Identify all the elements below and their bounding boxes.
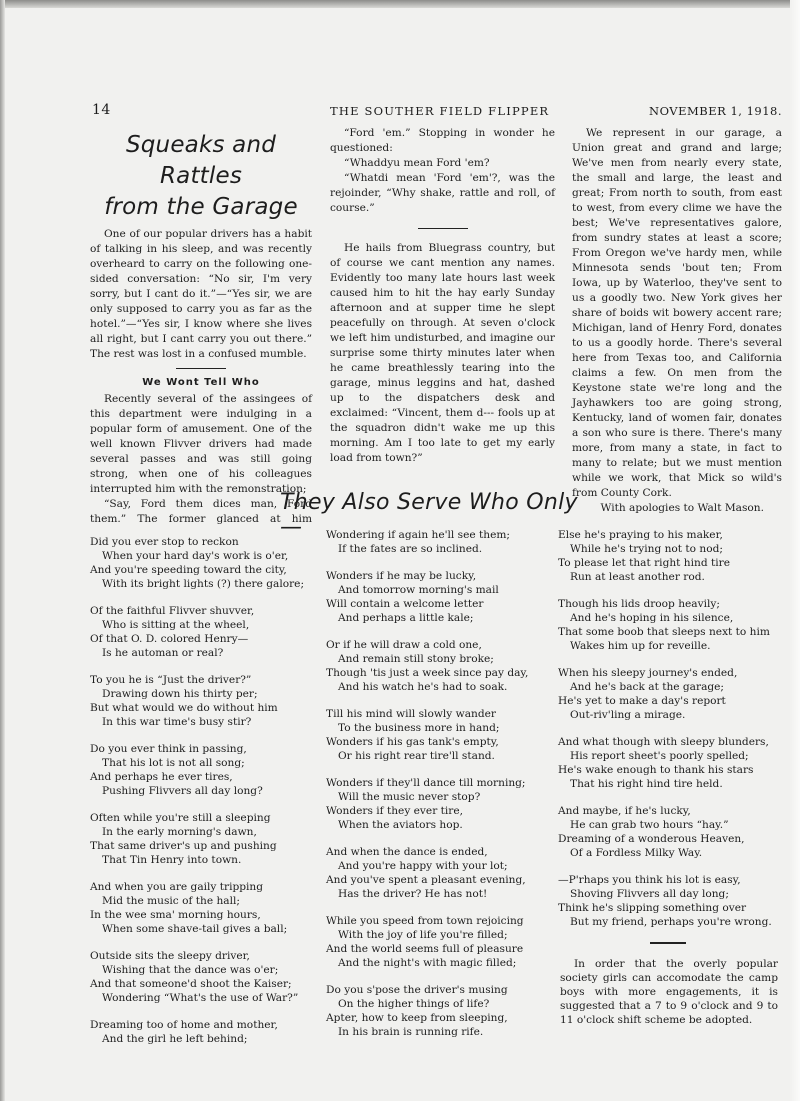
paragraph: We represent in our garage, a Union grea… [572, 126, 782, 501]
poem-line: Drawing down his thirty per; [90, 687, 315, 701]
poem-stanza: Else he's praying to his maker,While he'… [558, 528, 783, 584]
poem-column-1: Did you ever stop to reckonWhen your har… [90, 535, 315, 1059]
poem-line: And the night's with magic filled; [326, 956, 551, 970]
poem-line: And that someone'd shoot the Kaiser; [90, 977, 315, 991]
poem-line: In this war time's busy stir? [90, 715, 315, 729]
poem-line: Though his lids droop heavily; [558, 597, 783, 611]
poem-line: Or his right rear tire'll stand. [326, 749, 551, 763]
poem-line: To the business more in hand; [326, 721, 551, 735]
poem-line: When your hard day's work is o'er, [90, 549, 315, 563]
poem-line: Wishing that the dance was o'er; [90, 963, 315, 977]
article-column-2: “Ford 'em.” Stopping in wonder he questi… [330, 126, 555, 466]
poem-stanza: And what though with sleepy blunders,His… [558, 735, 783, 791]
poem-line: Of a Fordless Milky Way. [558, 846, 783, 860]
poem-line: And when the dance is ended, [326, 845, 551, 859]
paragraph: “Whatdi mean 'Ford 'em'?, was the rejoin… [330, 171, 555, 216]
poem-line: Apter, how to keep from sleeping, [326, 1011, 551, 1025]
poem-line: —P'rhaps you think his lot is easy, [558, 873, 783, 887]
article-title-line: from the Garage [90, 192, 312, 223]
poem-line: Who is sitting at the wheel, [90, 618, 315, 632]
poem-line: Shoving Flivvers all day long; [558, 887, 783, 901]
poem-stanza: Of the faithful Flivver shuvver,Who is s… [90, 604, 315, 660]
poem-line: Else he's praying to his maker, [558, 528, 783, 542]
signoff: With apologies to Walt Mason. [572, 501, 782, 516]
poem-line: Will contain a welcome letter [326, 597, 551, 611]
poem-line: With the joy of life you're filled; [326, 928, 551, 942]
poem-stanza: Wonders if they'll dance till morning;Wi… [326, 776, 551, 832]
page-edge-shadow [0, 0, 5, 1101]
poem-line: Outside sits the sleepy driver, [90, 949, 315, 963]
poem-line: That Tin Henry into town. [90, 853, 315, 867]
poem-stanza: When his sleepy journey's ended,And he's… [558, 666, 783, 722]
poem-line: While he's trying not to nod; [558, 542, 783, 556]
poem-line: But what would we do without him [90, 701, 315, 715]
poem-line: Pushing Flivvers all day long? [90, 784, 315, 798]
article-column-3: We represent in our garage, a Union grea… [572, 126, 782, 516]
poem-column-2: Wondering if again he'll see them;If the… [326, 528, 551, 1052]
poem-line: Will the music never stop? [326, 790, 551, 804]
poem-stanza: Wonders if he may be lucky,And tomorrow … [326, 569, 551, 625]
poem-line: Wonders if they ever tire, [326, 804, 551, 818]
poem-line: And remain still stony broke; [326, 652, 551, 666]
article-title-line: Squeaks and Rattles [90, 130, 312, 192]
poem-line: And you're speeding toward the city, [90, 563, 315, 577]
poem-line: Of the faithful Flivver shuvver, [90, 604, 315, 618]
poem-line: When the aviators hop. [326, 818, 551, 832]
poem-line: Wonders if they'll dance till morning; [326, 776, 551, 790]
poem-line: Dreaming of a wonderous Heaven, [558, 832, 783, 846]
poem-line: And he's back at the garage; [558, 680, 783, 694]
poem-line: That his lot is not all song; [90, 756, 315, 770]
poem-stanza: Though his lids droop heavily;And he's h… [558, 597, 783, 653]
poem-stanza: While you speed from town rejoicingWith … [326, 914, 551, 970]
poem-line: In the early morning's dawn, [90, 825, 315, 839]
poem-line: And perhaps he ever tires, [90, 770, 315, 784]
poem-line: Wonders if his gas tank's empty, [326, 735, 551, 749]
poem-line: Has the driver? He has not! [326, 887, 551, 901]
poem-line: When his sleepy journey's ended, [558, 666, 783, 680]
poem-line: Run at least another rod. [558, 570, 783, 584]
poem-line: That some boob that sleeps next to him [558, 625, 783, 639]
poem-stanza: And when the dance is ended,And you're h… [326, 845, 551, 901]
poem-line: To please let that right hind tire [558, 556, 783, 570]
publication-name: THE SOUTHER FIELD FLIPPER [330, 104, 549, 118]
poem-line: And you've spent a pleasant evening, [326, 873, 551, 887]
poem-line: Wonders if he may be lucky, [326, 569, 551, 583]
poem-line: He's wake enough to thank his stars [558, 763, 783, 777]
paragraph: One of our popular drivers has a habit o… [90, 227, 312, 362]
poem-line: Dreaming too of home and mother, [90, 1018, 315, 1032]
paragraph: “Whaddyu mean Ford 'em? [330, 156, 555, 171]
poem-line: And the world seems full of pleasure [326, 942, 551, 956]
paragraph: “Say, Ford them dices man, Ford them.” T… [90, 497, 312, 527]
page-edge-shadow [790, 0, 800, 1101]
poem-stanza: Do you s'pose the driver's musingOn the … [326, 983, 551, 1039]
page-edge-shadow [0, 0, 800, 8]
poem-line: His report sheet's poorly spelled; [558, 749, 783, 763]
poem-line: Wondering “What's the use of War?” [90, 991, 315, 1005]
poem-stanza: To you he is “Just the driver?”Drawing d… [90, 673, 315, 729]
poem-stanza: Often while you're still a sleepingIn th… [90, 811, 315, 867]
divider [650, 942, 686, 944]
poem-line: And he's hoping in his silence, [558, 611, 783, 625]
poem-line: Often while you're still a sleeping [90, 811, 315, 825]
poem-line: And what though with sleepy blunders, [558, 735, 783, 749]
poem-stanza: —P'rhaps you think his lot is easy,Shovi… [558, 873, 783, 929]
paragraph: “Ford 'em.” Stopping in wonder he questi… [330, 126, 555, 156]
poem-line: He can grab two hours “hay.” [558, 818, 783, 832]
poem-stanza: Till his mind will slowly wanderTo the b… [326, 707, 551, 763]
poem-stanza: Wondering if again he'll see them;If the… [326, 528, 551, 556]
poem-line: Out-riv'ling a mirage. [558, 708, 783, 722]
poem-line: And his watch he's had to soak. [326, 680, 551, 694]
poem-line: And tomorrow morning's mail [326, 583, 551, 597]
poem-stanza: And when you are gaily trippingMid the m… [90, 880, 315, 936]
paragraph: He hails from Bluegrass country, but of … [330, 241, 555, 466]
issue-date: NOVEMBER 1, 1918. [649, 104, 782, 118]
poem-line: Though 'tis just a week since pay day, [326, 666, 551, 680]
poem-line: In the wee sma' morning hours, [90, 908, 315, 922]
poem-line: Do you s'pose the driver's musing [326, 983, 551, 997]
poem-line: That his right hind tire held. [558, 777, 783, 791]
article-title: Squeaks and Rattles from the Garage [90, 130, 312, 223]
poem-line: That same driver's up and pushing [90, 839, 315, 853]
poem-line: And you're happy with your lot; [326, 859, 551, 873]
poem-line: Do you ever think in passing, [90, 742, 315, 756]
poem-line: Wondering if again he'll see them; [326, 528, 551, 542]
poem-line: Of that O. D. colored Henry— [90, 632, 315, 646]
poem-column-3: Else he's praying to his maker,While he'… [558, 528, 783, 942]
poem-line: And perhaps a little kale; [326, 611, 551, 625]
poem-line: If the fates are so inclined. [326, 542, 551, 556]
poem-stanza: Did you ever stop to reckonWhen your har… [90, 535, 315, 591]
poem-line: To you he is “Just the driver?” [90, 673, 315, 687]
poem-line: And when you are gaily tripping [90, 880, 315, 894]
running-header: 14 THE SOUTHER FIELD FLIPPER NOVEMBER 1,… [92, 104, 782, 120]
divider [176, 368, 226, 369]
poem-stanza: And maybe, if he's lucky,He can grab two… [558, 804, 783, 860]
poem-stanza: Or if he will draw a cold one,And remain… [326, 638, 551, 694]
page-number: 14 [92, 102, 111, 118]
poem-line: And the girl he left behind; [90, 1032, 315, 1046]
poem-line: Till his mind will slowly wander [326, 707, 551, 721]
poem-line: Is he automan or real? [90, 646, 315, 660]
poem-line: Think he's slipping something over [558, 901, 783, 915]
poem-line: With its bright lights (?) there galore; [90, 577, 315, 591]
poem-line: And maybe, if he's lucky, [558, 804, 783, 818]
poem-stanza: Dreaming too of home and mother,And the … [90, 1018, 315, 1046]
poem-line: He's yet to make a day's report [558, 694, 783, 708]
subheading: We Wont Tell Who [90, 375, 312, 390]
poem-line: When some shave-tail gives a ball; [90, 922, 315, 936]
poem-line: Did you ever stop to reckon [90, 535, 315, 549]
closing-note: In order that the overly popular society… [560, 957, 778, 1027]
paragraph: In order that the overly popular society… [560, 957, 778, 1027]
poem-stanza: Do you ever think in passing,That his lo… [90, 742, 315, 798]
article-column-1: Squeaks and Rattles from the Garage One … [90, 130, 312, 527]
poem-stanza: Outside sits the sleepy driver,Wishing t… [90, 949, 315, 1005]
poem-line: Mid the music of the hall; [90, 894, 315, 908]
poem-line: Or if he will draw a cold one, [326, 638, 551, 652]
poem-line: On the higher things of life? [326, 997, 551, 1011]
poem-line: But my friend, perhaps you're wrong. [558, 915, 783, 929]
poem-line: While you speed from town rejoicing [326, 914, 551, 928]
paragraph: Recently several of the assingees of thi… [90, 392, 312, 497]
poem-line: Wakes him up for reveille. [558, 639, 783, 653]
divider [418, 228, 468, 229]
poem-line: In his brain is running rife. [326, 1025, 551, 1039]
